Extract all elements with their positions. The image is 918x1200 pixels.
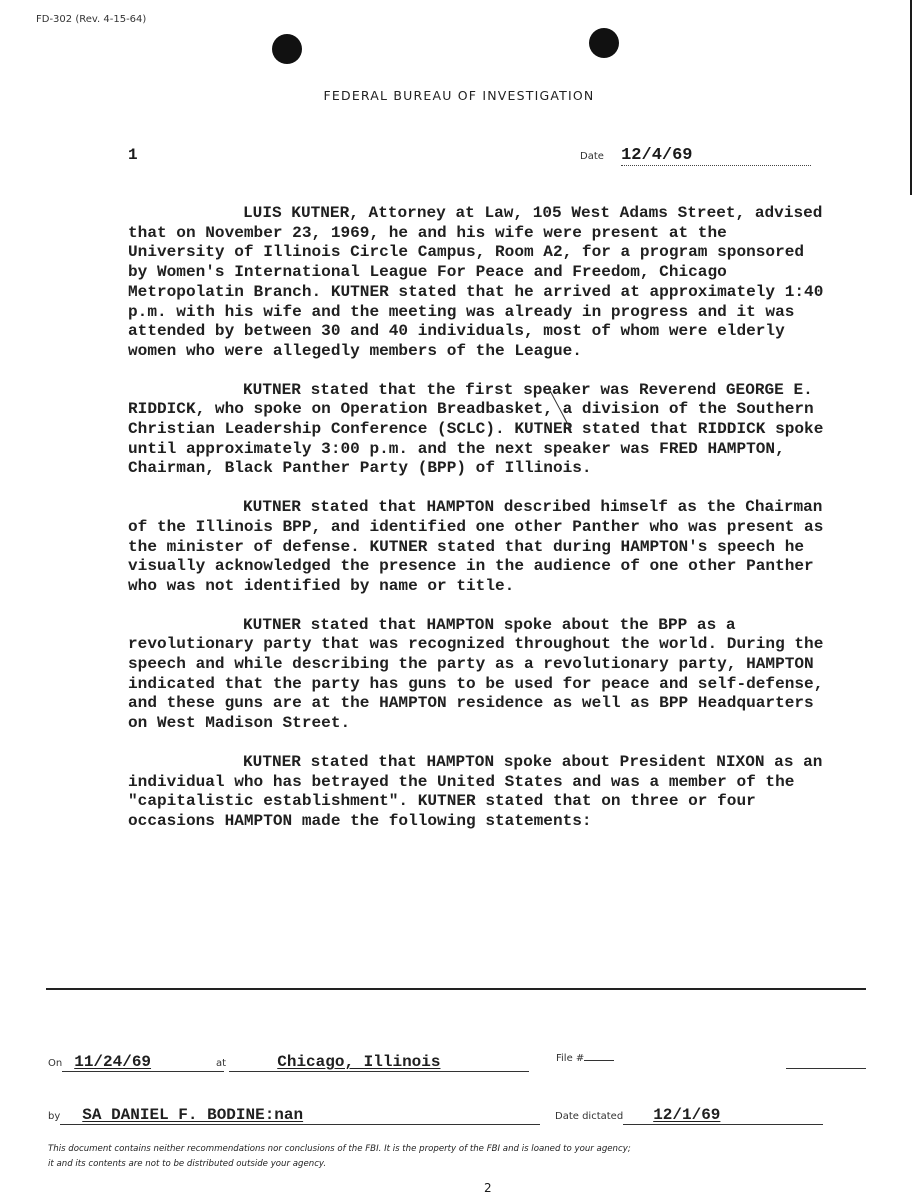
blank-line [786,1068,866,1069]
paragraph: KUTNER stated that HAMPTON spoke about P… [128,753,828,832]
date-value: 12/4/69 [621,146,811,166]
date-label: Date [580,151,604,162]
page-number: 1 [128,146,138,164]
punch-hole-left [272,34,302,64]
by-label: by [48,1111,60,1122]
disclaimer-line-1: This document contains neither recommend… [48,1142,878,1157]
by-value: SA DANIEL F. BODINE:nan [60,1106,540,1125]
dictated-label: Date dictated [555,1111,623,1122]
form-identifier: FD-302 (Rev. 4-15-64) [36,14,146,25]
file-label: File # [556,1053,584,1064]
paragraph: LUIS KUTNER, Attorney at Law, 105 West A… [128,204,828,362]
document-date: Date 12/4/69 [580,146,848,166]
dictated-value: 12/1/69 [623,1106,823,1125]
footer-page-marker: 2 [484,1181,492,1195]
paragraph: KUTNER stated that the first speaker was… [128,381,828,480]
agency-title: FEDERAL BUREAU OF INVESTIGATION [0,88,918,103]
on-label: On [48,1058,62,1069]
punch-hole-right [589,28,619,58]
file-number-field: File # [556,1053,614,1064]
section-divider [46,988,866,990]
fd302-document-page: FD-302 (Rev. 4-15-64) FEDERAL BUREAU OF … [0,0,918,1200]
location-field: at Chicago, Illinois [216,1053,529,1072]
disclaimer: This document contains neither recommend… [48,1142,878,1172]
at-label: at [216,1058,226,1069]
interview-date-field: On11/24/69 [48,1053,224,1072]
agent-field: bySA DANIEL F. BODINE:nan [48,1106,540,1125]
file-value [584,1060,614,1061]
paragraph: KUTNER stated that HAMPTON spoke about t… [128,616,828,734]
date-dictated-field: Date dictated12/1/69 [555,1106,823,1125]
paragraph: KUTNER stated that HAMPTON described him… [128,498,828,597]
at-value: Chicago, Illinois [229,1053,529,1072]
disclaimer-line-2: it and its contents are not to be distri… [48,1157,878,1172]
on-value: 11/24/69 [62,1053,224,1072]
interview-body: LUIS KUTNER, Attorney at Law, 105 West A… [128,204,828,851]
